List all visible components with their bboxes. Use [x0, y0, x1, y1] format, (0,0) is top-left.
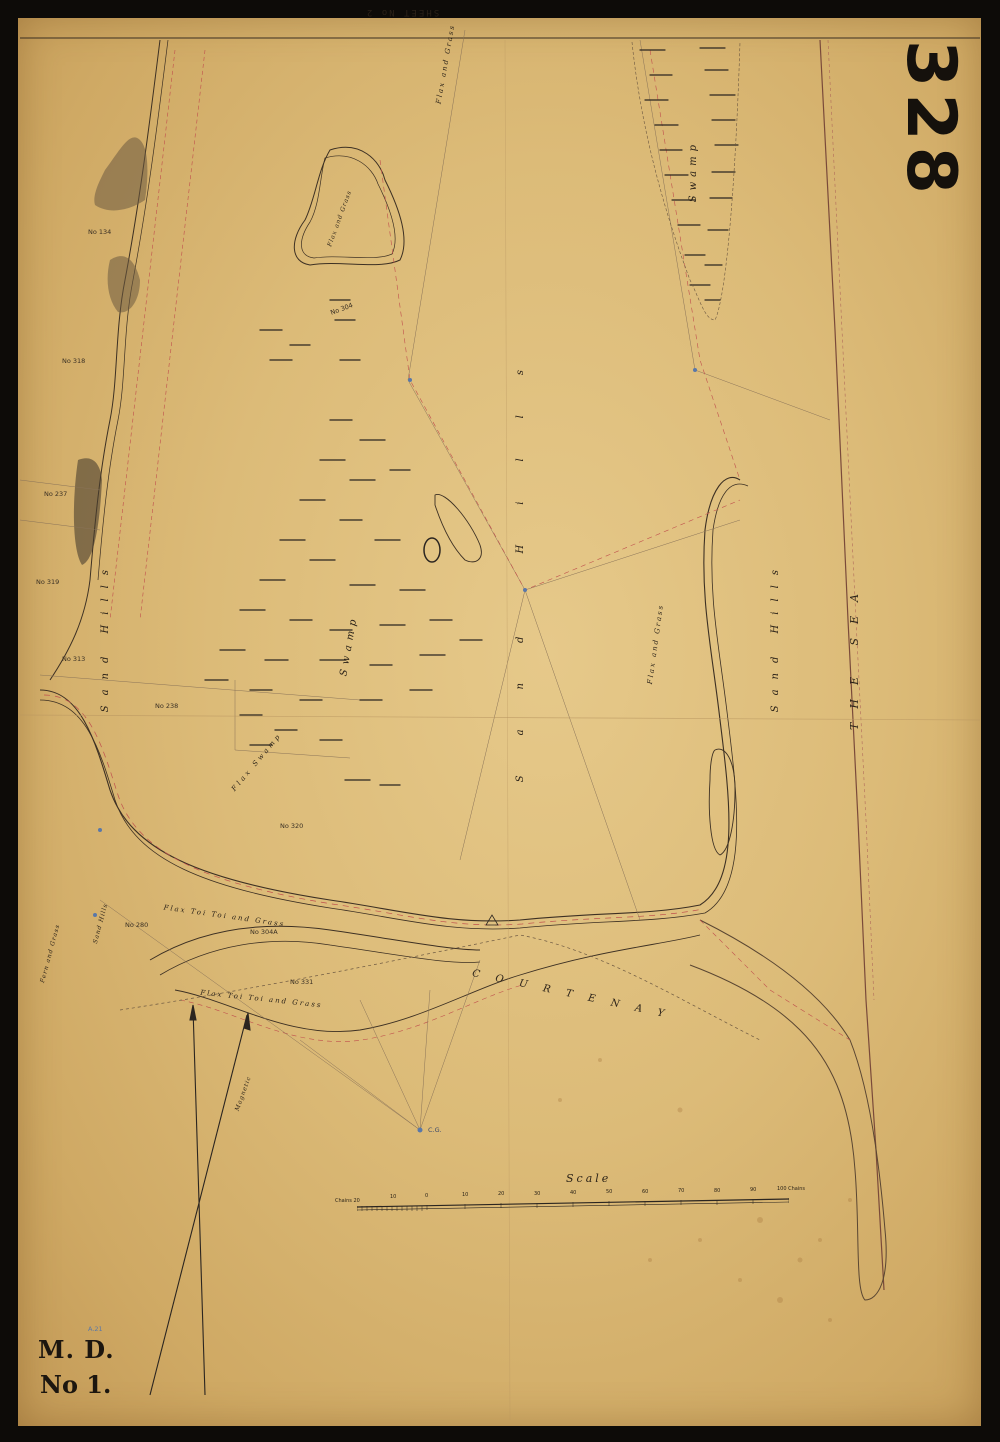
- lot-280: No 280: [125, 921, 148, 929]
- scale-tick: 90: [750, 1187, 756, 1193]
- lot-313: No 313: [62, 655, 85, 663]
- scale-tick: 70: [678, 1188, 684, 1194]
- scale-tick: 50: [606, 1189, 612, 1195]
- label-the-sea: THE SEA: [848, 580, 861, 730]
- scale-title: Scale: [566, 1172, 611, 1185]
- corner-note: A.21: [88, 1325, 103, 1333]
- label-sand-hills-central: Sand Hills: [515, 330, 526, 782]
- series-title: M. D.: [38, 1335, 115, 1364]
- lot-318: No 318: [62, 357, 85, 365]
- lot-134: No 134: [88, 228, 111, 236]
- scale-end-label: 100 Chains: [777, 1186, 805, 1192]
- scale-tick: 0: [425, 1193, 428, 1199]
- lagoon-central: [435, 494, 481, 561]
- scale-tick: 10: [390, 1194, 396, 1200]
- sheet-number-text: 328: [891, 40, 970, 200]
- lot-320: No 320: [280, 822, 303, 830]
- pond: [424, 538, 440, 562]
- label-swamp-north: Swamp: [688, 140, 699, 202]
- trig-station-marker: [486, 915, 498, 925]
- label-sand-hills-east: Sand Hills: [770, 560, 781, 712]
- lagoon-east: [709, 749, 735, 855]
- swamp-north-boundary: [632, 42, 740, 320]
- sheet-number: 328: [898, 40, 978, 210]
- sheet-label-top: SHEET No 2: [365, 7, 439, 17]
- lot-331: No 331: [290, 978, 313, 986]
- scale-start-label: Chains 20: [335, 1198, 360, 1204]
- scale-tick: 30: [534, 1191, 540, 1197]
- river-spit: [690, 920, 886, 1300]
- label-sand-hills-west: Sand Hills: [100, 560, 111, 712]
- lot-238: No 238: [155, 702, 178, 710]
- lot-319: No 319: [36, 578, 59, 586]
- swamp-hatching: [205, 300, 482, 785]
- pa-site-north: [74, 137, 148, 565]
- scale-tick: 80: [714, 1188, 720, 1194]
- scale-tick: 60: [642, 1189, 648, 1195]
- trig-station-label: C.G.: [428, 1126, 442, 1134]
- lot-304a: No 304A: [250, 928, 278, 936]
- scale-bar: Chains 20 10 0 10 20 30 40 50 60 70 80 9…: [357, 1195, 789, 1215]
- scale-tick: 10: [462, 1192, 468, 1198]
- scale-tick: 20: [498, 1191, 504, 1197]
- series-number: No 1.: [40, 1370, 111, 1399]
- lot-237: No 237: [44, 490, 67, 498]
- north-arrows: [150, 1005, 250, 1395]
- scale-tick: 40: [570, 1190, 576, 1196]
